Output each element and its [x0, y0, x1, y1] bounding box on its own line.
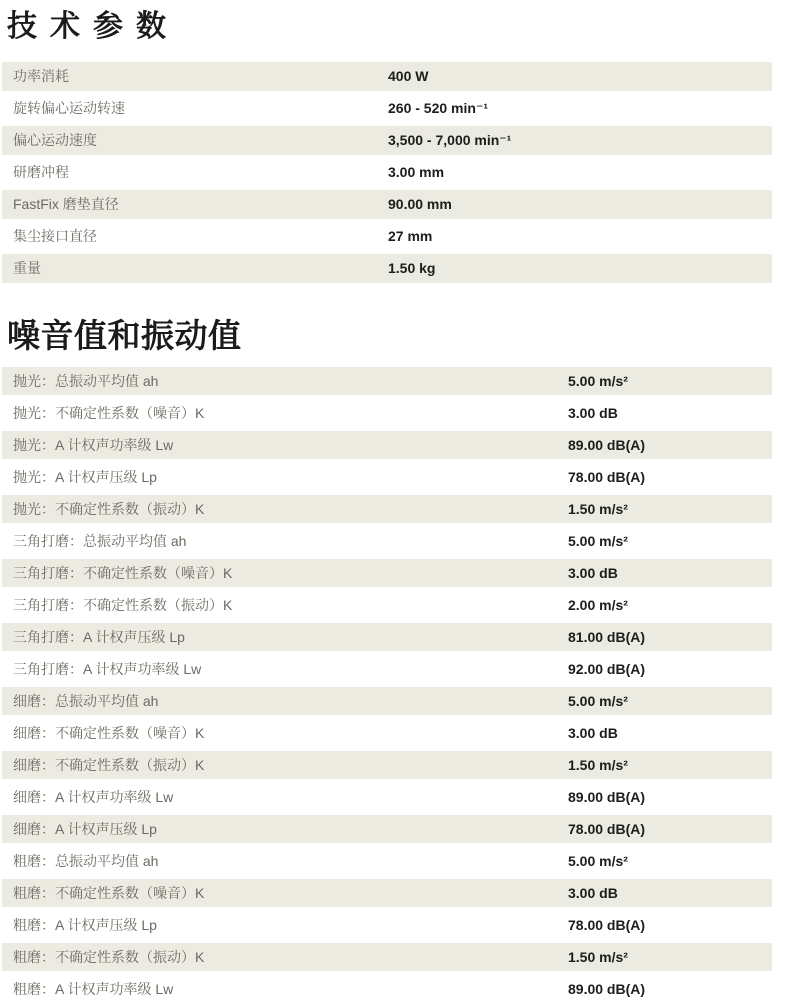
- spec-value: 5.00 m/s²: [568, 854, 628, 868]
- spec-page: 技术参数 功率消耗400 W旋转偏心运动转速260 - 520 min⁻¹偏心运…: [0, 0, 800, 1003]
- spec-label: 重量: [2, 261, 388, 275]
- spec-label: 细磨：不确定性系数（振动）K: [2, 758, 568, 772]
- spec-value: 3.00 dB: [568, 566, 618, 580]
- spec-value: 81.00 dB(A): [568, 630, 645, 644]
- spec-label: 抛光：A 计权声压级 Lp: [2, 470, 568, 484]
- spec-value: 3,500 - 7,000 min⁻¹: [388, 133, 511, 147]
- spec-value: 90.00 mm: [388, 197, 452, 211]
- spec-row: 抛光：A 计权声压级 Lp78.00 dB(A): [2, 463, 772, 492]
- spec-value: 260 - 520 min⁻¹: [388, 101, 488, 115]
- spec-row: 抛光：不确定性系数（振动）K1.50 m/s²: [2, 495, 772, 524]
- spec-row: 偏心运动速度3,500 - 7,000 min⁻¹: [2, 126, 772, 155]
- spec-value: 89.00 dB(A): [568, 438, 645, 452]
- spec-value: 400 W: [388, 69, 428, 83]
- spec-value: 3.00 dB: [568, 406, 618, 420]
- spec-value: 1.50 m/s²: [568, 950, 628, 964]
- spec-value: 1.50 kg: [388, 261, 435, 275]
- spec-row: 抛光：A 计权声功率级 Lw89.00 dB(A): [2, 431, 772, 460]
- spec-row: 细磨：不确定性系数（振动）K1.50 m/s²: [2, 751, 772, 780]
- spec-label: 抛光：不确定性系数（振动）K: [2, 502, 568, 516]
- spec-row: 细磨：A 计权声压级 Lp78.00 dB(A): [2, 815, 772, 844]
- spec-label: 粗磨：A 计权声压级 Lp: [2, 918, 568, 932]
- spec-row: 集尘接口直径27 mm: [2, 222, 772, 251]
- spec-label: 粗磨：A 计权声功率级 Lw: [2, 982, 568, 996]
- spec-label: 细磨：总振动平均值 ah: [2, 694, 568, 708]
- spec-row: 重量1.50 kg: [2, 254, 772, 283]
- section-noise-vibration: 抛光：总振动平均值 ah5.00 m/s²抛光：不确定性系数（噪音）K3.00 …: [2, 367, 772, 1004]
- spec-value: 5.00 m/s²: [568, 534, 628, 548]
- spec-label: 细磨：A 计权声压级 Lp: [2, 822, 568, 836]
- spec-value: 3.00 dB: [568, 726, 618, 740]
- spec-row: 粗磨：A 计权声压级 Lp78.00 dB(A): [2, 911, 772, 940]
- spec-value: 89.00 dB(A): [568, 982, 645, 996]
- spec-label: 抛光：不确定性系数（噪音）K: [2, 406, 568, 420]
- spec-value: 27 mm: [388, 229, 432, 243]
- spec-row: 粗磨：不确定性系数（振动）K1.50 m/s²: [2, 943, 772, 972]
- spec-label: 三角打磨：A 计权声功率级 Lw: [2, 662, 568, 676]
- spec-label: 偏心运动速度: [2, 133, 388, 147]
- spec-value: 5.00 m/s²: [568, 374, 628, 388]
- spec-row: 粗磨：A 计权声功率级 Lw89.00 dB(A): [2, 975, 772, 1004]
- spec-value: 2.00 m/s²: [568, 598, 628, 612]
- spec-row: 三角打磨：不确定性系数（振动）K2.00 m/s²: [2, 591, 772, 620]
- spec-row: 抛光：总振动平均值 ah5.00 m/s²: [2, 367, 772, 396]
- spec-value: 3.00 mm: [388, 165, 444, 179]
- spec-label: 细磨：A 计权声功率级 Lw: [2, 790, 568, 804]
- spec-row: 粗磨：总振动平均值 ah5.00 m/s²: [2, 847, 772, 876]
- section-technical-data: 功率消耗400 W旋转偏心运动转速260 - 520 min⁻¹偏心运动速度3,…: [2, 62, 772, 283]
- spec-value: 1.50 m/s²: [568, 502, 628, 516]
- spec-row: 细磨：不确定性系数（噪音）K3.00 dB: [2, 719, 772, 748]
- spec-row: 抛光：不确定性系数（噪音）K3.00 dB: [2, 399, 772, 428]
- spec-value: 78.00 dB(A): [568, 470, 645, 484]
- spec-row: 粗磨：不确定性系数（噪音）K3.00 dB: [2, 879, 772, 908]
- spec-value: 92.00 dB(A): [568, 662, 645, 676]
- spec-label: 粗磨：总振动平均值 ah: [2, 854, 568, 868]
- spec-row: 旋转偏心运动转速260 - 520 min⁻¹: [2, 94, 772, 123]
- spec-label: 三角打磨：不确定性系数（振动）K: [2, 598, 568, 612]
- spec-label: 旋转偏心运动转速: [2, 101, 388, 115]
- spec-label: 三角打磨：不确定性系数（噪音）K: [2, 566, 568, 580]
- spec-label: 粗磨：不确定性系数（振动）K: [2, 950, 568, 964]
- spec-row: FastFix 磨垫直径90.00 mm: [2, 190, 772, 219]
- spec-row: 三角打磨：A 计权声压级 Lp81.00 dB(A): [2, 623, 772, 652]
- spec-value: 3.00 dB: [568, 886, 618, 900]
- section-title-technical-data: 技术参数: [7, 9, 774, 45]
- spec-row: 三角打磨：不确定性系数（噪音）K3.00 dB: [2, 559, 772, 588]
- spec-value: 78.00 dB(A): [568, 918, 645, 932]
- spec-value: 78.00 dB(A): [568, 822, 645, 836]
- spec-label: 抛光：总振动平均值 ah: [2, 374, 568, 388]
- spec-row: 三角打磨：总振动平均值 ah5.00 m/s²: [2, 527, 772, 556]
- spec-label: 集尘接口直径: [2, 229, 388, 243]
- spec-row: 研磨冲程3.00 mm: [2, 158, 772, 187]
- spec-row: 细磨：总振动平均值 ah5.00 m/s²: [2, 687, 772, 716]
- spec-row: 三角打磨：A 计权声功率级 Lw92.00 dB(A): [2, 655, 772, 684]
- spec-label: 功率消耗: [2, 69, 388, 83]
- section-title-noise-vibration: 噪音值和振动值: [7, 316, 774, 356]
- spec-label: FastFix 磨垫直径: [2, 197, 388, 211]
- spec-label: 研磨冲程: [2, 165, 388, 179]
- spec-label: 粗磨：不确定性系数（噪音）K: [2, 886, 568, 900]
- spec-value: 5.00 m/s²: [568, 694, 628, 708]
- spec-row: 细磨：A 计权声功率级 Lw89.00 dB(A): [2, 783, 772, 812]
- spec-label: 抛光：A 计权声功率级 Lw: [2, 438, 568, 452]
- spec-label: 三角打磨：A 计权声压级 Lp: [2, 630, 568, 644]
- spec-value: 89.00 dB(A): [568, 790, 645, 804]
- spec-label: 细磨：不确定性系数（噪音）K: [2, 726, 568, 740]
- spec-value: 1.50 m/s²: [568, 758, 628, 772]
- spec-row: 功率消耗400 W: [2, 62, 772, 91]
- spec-label: 三角打磨：总振动平均值 ah: [2, 534, 568, 548]
